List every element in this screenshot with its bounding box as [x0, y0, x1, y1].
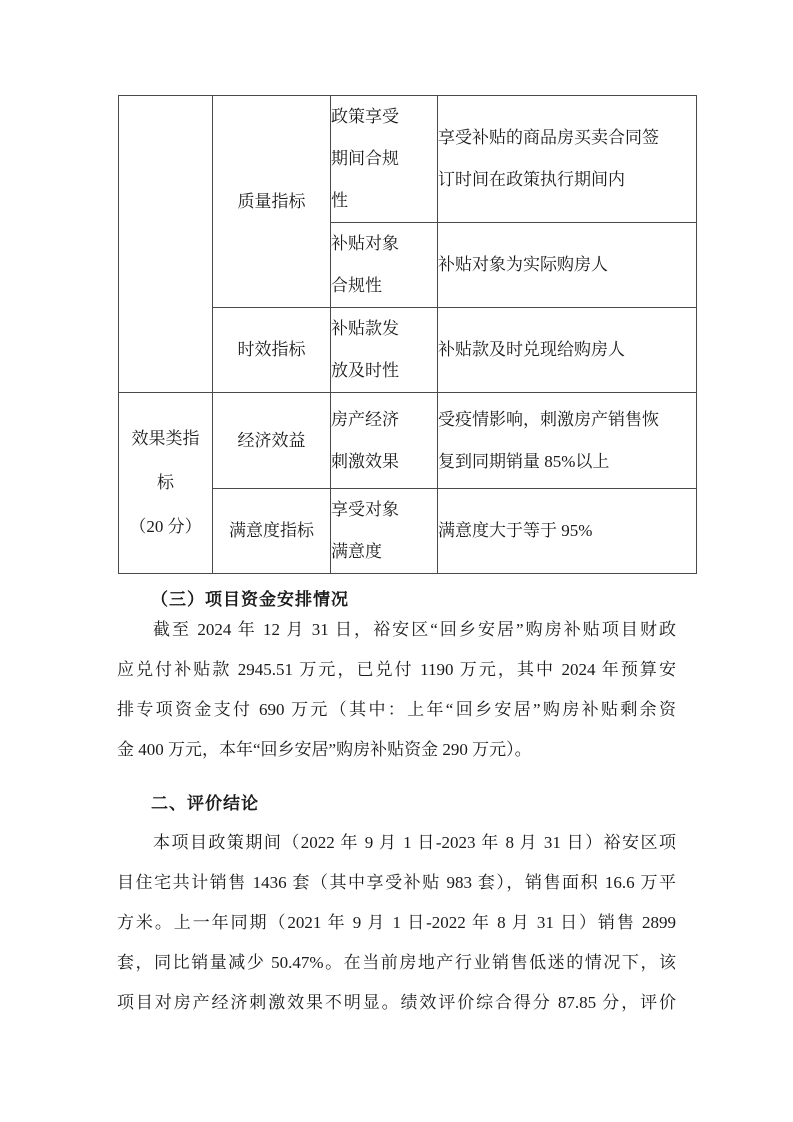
table-cell-criteria: 补贴款及时兑现给购房人	[438, 308, 697, 393]
paragraph-line: 方米。上一年同期（2021 年 9 月 1 日-2022 年 8 月 31 日）…	[117, 903, 676, 943]
table-cell-criteria: 补贴对象为实际购房人	[438, 223, 697, 308]
table-cell-indicator: 补贴对象 合规性	[331, 223, 438, 308]
table-cell-group-timeliness: 时效指标	[213, 308, 331, 393]
table-cell-category-continued	[119, 96, 213, 393]
table-cell-group-satisfaction: 满意度指标	[213, 489, 331, 574]
table-cell-criteria: 享受补贴的商品房买卖合同签 订时间在政策执行期间内	[438, 96, 697, 223]
table-row: 质量指标 政策享受 期间合规 性 享受补贴的商品房买卖合同签 订时间在政策执行期…	[119, 96, 697, 223]
paragraph-conclusion: 本项目政策期间（2022 年 9 月 1 日-2023 年 8 月 31 日）裕…	[117, 823, 676, 1023]
table-cell-group-economic: 经济效益	[213, 393, 331, 489]
paragraph-line: 截至 2024 年 12 月 31 日，裕安区“回乡安居”购房补贴项目财政	[117, 610, 676, 650]
paragraph-line: 排专项资金支付 690 万元（其中：上年“回乡安居”购房补贴剩余资	[117, 690, 676, 730]
paragraph-line: 金 400 万元，本年“回乡安居”购房补贴资金 290 万元）。	[117, 730, 676, 770]
table-cell-criteria: 满意度大于等于 95%	[438, 489, 697, 574]
table-cell-indicator: 政策享受 期间合规 性	[331, 96, 438, 223]
paragraph-funding: 截至 2024 年 12 月 31 日，裕安区“回乡安居”购房补贴项目财政 应兑…	[117, 610, 676, 770]
indicator-table: 质量指标 政策享受 期间合规 性 享受补贴的商品房买卖合同签 订时间在政策执行期…	[118, 95, 697, 574]
table-cell-indicator: 享受对象 满意度	[331, 489, 438, 574]
document-page: 质量指标 政策享受 期间合规 性 享受补贴的商品房买卖合同签 订时间在政策执行期…	[0, 0, 793, 1122]
table-cell-category-effect: 效果类指 标 （20 分）	[119, 393, 213, 574]
paragraph-line: 应兑付补贴款 2945.51 万元，已兑付 1190 万元，其中 2024 年预…	[117, 650, 676, 690]
paragraph-line: 本项目政策期间（2022 年 9 月 1 日-2023 年 8 月 31 日）裕…	[117, 823, 676, 863]
table-cell-group-quality: 质量指标	[213, 96, 331, 308]
table-cell-indicator: 房产经济 刺激效果	[331, 393, 438, 489]
table-row: 效果类指 标 （20 分） 经济效益 房产经济 刺激效果 受疫情影响，刺激房产销…	[119, 393, 697, 489]
paragraph-line: 项目对房产经济刺激效果不明显。绩效评价综合得分 87.85 分，评价	[117, 983, 676, 1023]
table-cell-indicator: 补贴款发 放及时性	[331, 308, 438, 393]
paragraph-line: 套，同比销量减少 50.47%。在当前房地产行业销售低迷的情况下，该	[117, 943, 676, 983]
section-heading-conclusion: 二、评价结论	[117, 784, 676, 824]
paragraph-line: 目住宅共计销售 1436 套（其中享受补贴 983 套），销售面积 16.6 万…	[117, 863, 676, 903]
table-cell-criteria: 受疫情影响，刺激房产销售恢 复到同期销量 85%以上	[438, 393, 697, 489]
